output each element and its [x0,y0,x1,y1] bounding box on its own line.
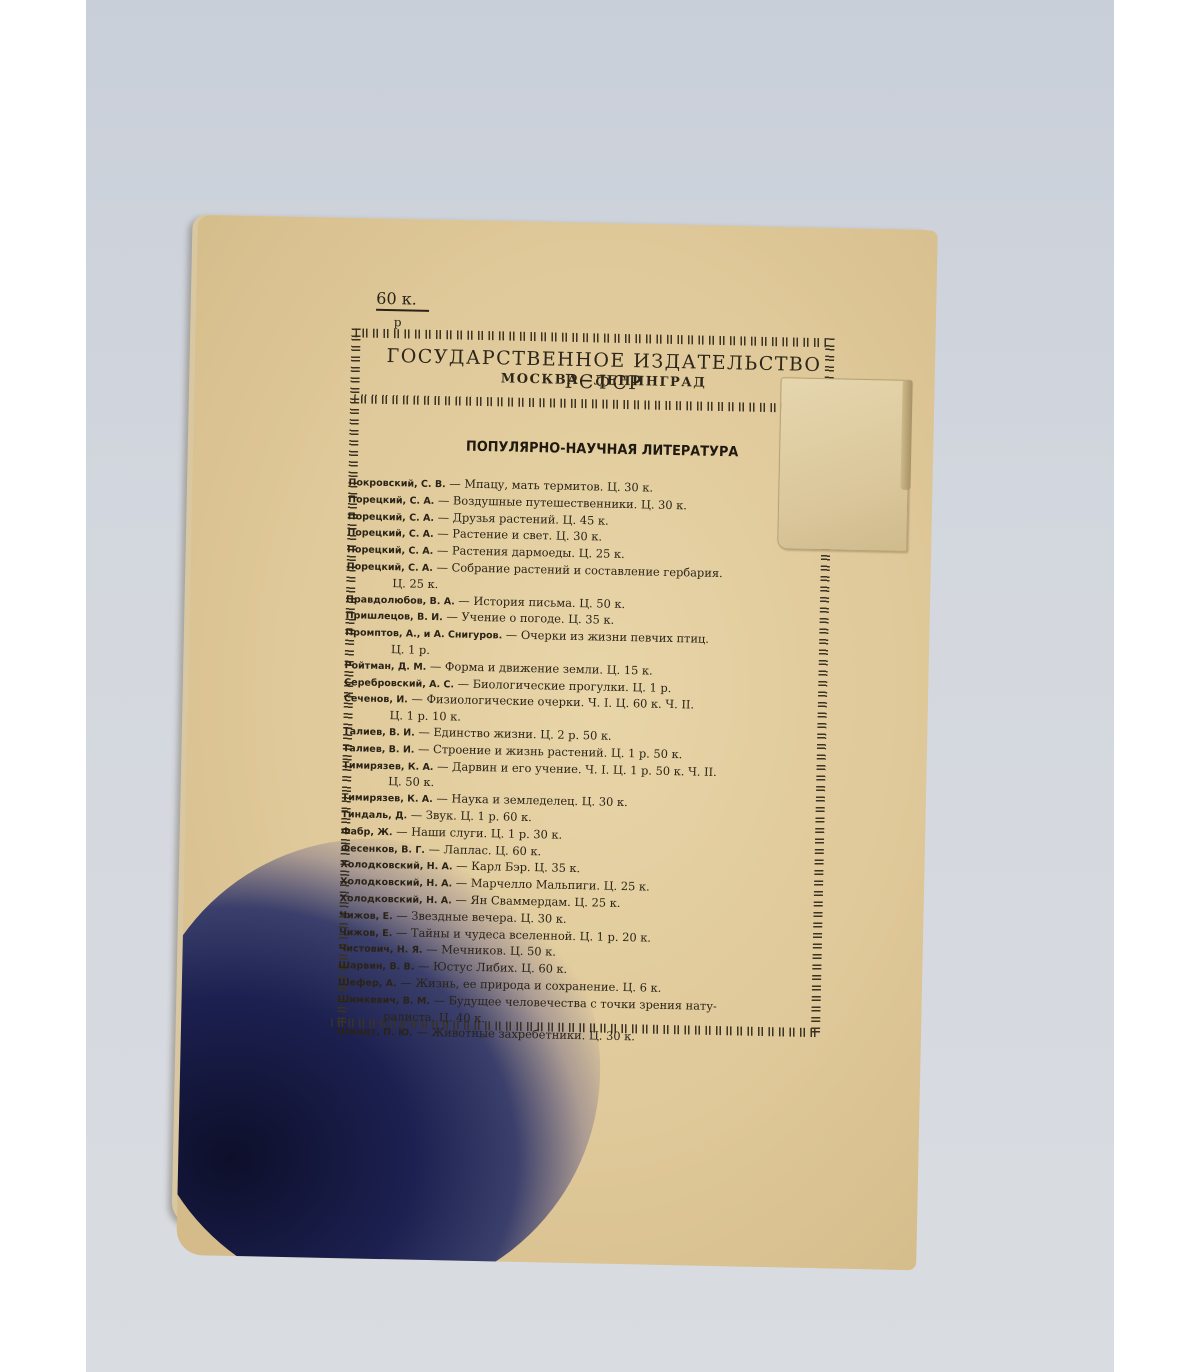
section-title: ПОПУЛЯРНО-НАУЧНАЯ ЛИТЕРАТУРА [397,437,808,462]
price-mark: р [394,315,402,329]
book-back-cover: 60 к. р ГОСУДАРСТВЕННОЕ ИЗДАТЕЛЬСТВО РСФ… [176,215,938,1270]
book-list: Покровский, С. В. — Мпацу, мать термитов… [337,474,819,1050]
price-label: 60 к. [376,289,429,312]
frame-header-divider [354,394,826,413]
paper-repair-patch [777,377,911,552]
frame-top-border [355,328,827,347]
spine-tape-edge [900,380,912,490]
